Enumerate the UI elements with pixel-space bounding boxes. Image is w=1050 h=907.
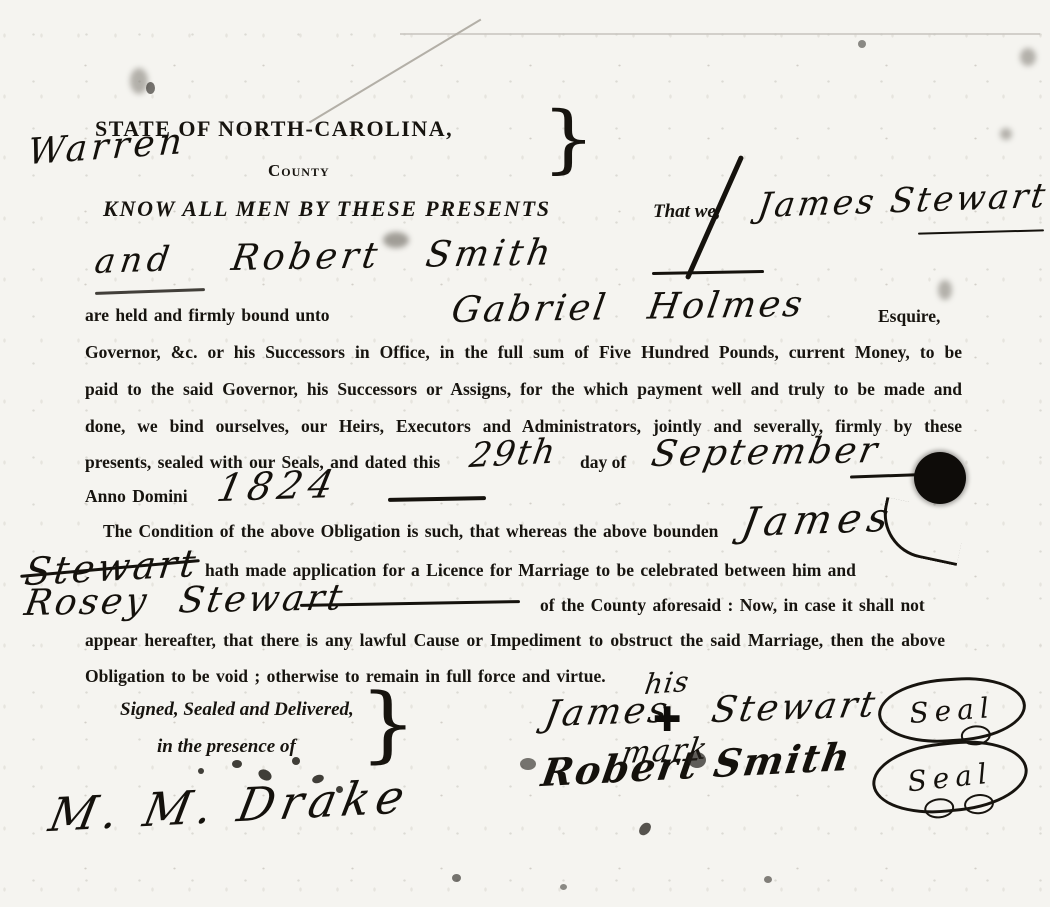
presence-label: in the presence of	[157, 736, 296, 758]
year-handwritten: 1824	[213, 462, 343, 511]
witness-signature: M. M. Drake	[45, 769, 415, 842]
crease-line-horizontal	[400, 33, 1040, 35]
signature-brace: }	[359, 684, 416, 766]
know-all-men-heading: KNOW ALL MEN BY THESE PRESENTS	[103, 196, 551, 222]
day-handwritten: 29th	[467, 431, 560, 476]
scanned-marriage-bond-document: STATE OF NORTH-CAROLINA, } Warren County…	[0, 0, 1050, 907]
ink-speck	[637, 820, 654, 837]
smudge-mark	[1000, 128, 1012, 140]
ink-speck	[688, 752, 706, 768]
pen-flourish-line	[918, 229, 1044, 234]
condition-line-4: appear hereafter, that there is any lawf…	[85, 630, 945, 651]
condition-line-5: Obligation to be void ; otherwise to rem…	[85, 666, 606, 687]
ink-speck	[520, 758, 536, 770]
governor-name-handwritten: Gabriel Holmes	[449, 284, 808, 331]
smudge-mark	[938, 280, 952, 300]
seal-label: Seal	[908, 691, 996, 730]
ink-speck	[232, 760, 242, 768]
bride-name-handwritten: Rosey Stewart	[22, 577, 348, 624]
pen-dash	[388, 496, 486, 502]
month-handwritten: September	[648, 430, 883, 475]
seal-stamp-surety: Seal	[869, 734, 1031, 820]
ink-speck	[146, 82, 155, 94]
seal-stamp-groom: Seal	[876, 673, 1028, 747]
bound-unto-text: are held and firmly bound unto	[85, 305, 330, 326]
and-word-handwritten: and	[92, 239, 177, 282]
ink-speck	[858, 40, 866, 48]
seal-flourish-loop	[923, 797, 955, 820]
ink-speck	[764, 876, 772, 883]
smudge-mark	[1020, 48, 1036, 66]
groom-first-handwritten: James	[738, 495, 898, 547]
condition-line-1: The Condition of the above Obligation is…	[103, 521, 718, 542]
seal-flourish-loop	[963, 793, 995, 816]
seal-label: Seal	[906, 756, 994, 798]
groom-signature-last: Stewart	[708, 684, 881, 731]
bond-body-line-2: Governor, &c. or his Successors in Offic…	[85, 342, 962, 363]
ink-speck	[452, 874, 461, 882]
signed-sealed-label: Signed, Sealed and Delivered,	[120, 699, 354, 721]
ink-speck	[336, 786, 343, 793]
county-name-handwritten: Warren	[27, 121, 188, 173]
surety-name-handwritten: Robert Smith	[229, 232, 558, 279]
condition-line-3: of the County aforesaid : Now, in case i…	[540, 595, 925, 616]
header-brace: }	[541, 102, 595, 176]
pen-dash	[652, 270, 764, 275]
county-label: County	[268, 161, 330, 181]
day-of-label: day of	[580, 452, 626, 473]
esquire-label: Esquire,	[878, 306, 940, 327]
ink-speck	[560, 884, 567, 890]
crease-line-diagonal	[309, 19, 481, 123]
principal-name-handwritten: James Stewart	[755, 176, 1050, 226]
anno-domini-label: Anno Domini	[85, 486, 188, 507]
bond-body-line-3: paid to the said Governor, his Successor…	[85, 379, 962, 400]
pen-underline	[95, 288, 205, 295]
ink-blot-large	[914, 452, 966, 504]
ink-speck	[198, 768, 204, 774]
ink-speck	[292, 757, 300, 765]
